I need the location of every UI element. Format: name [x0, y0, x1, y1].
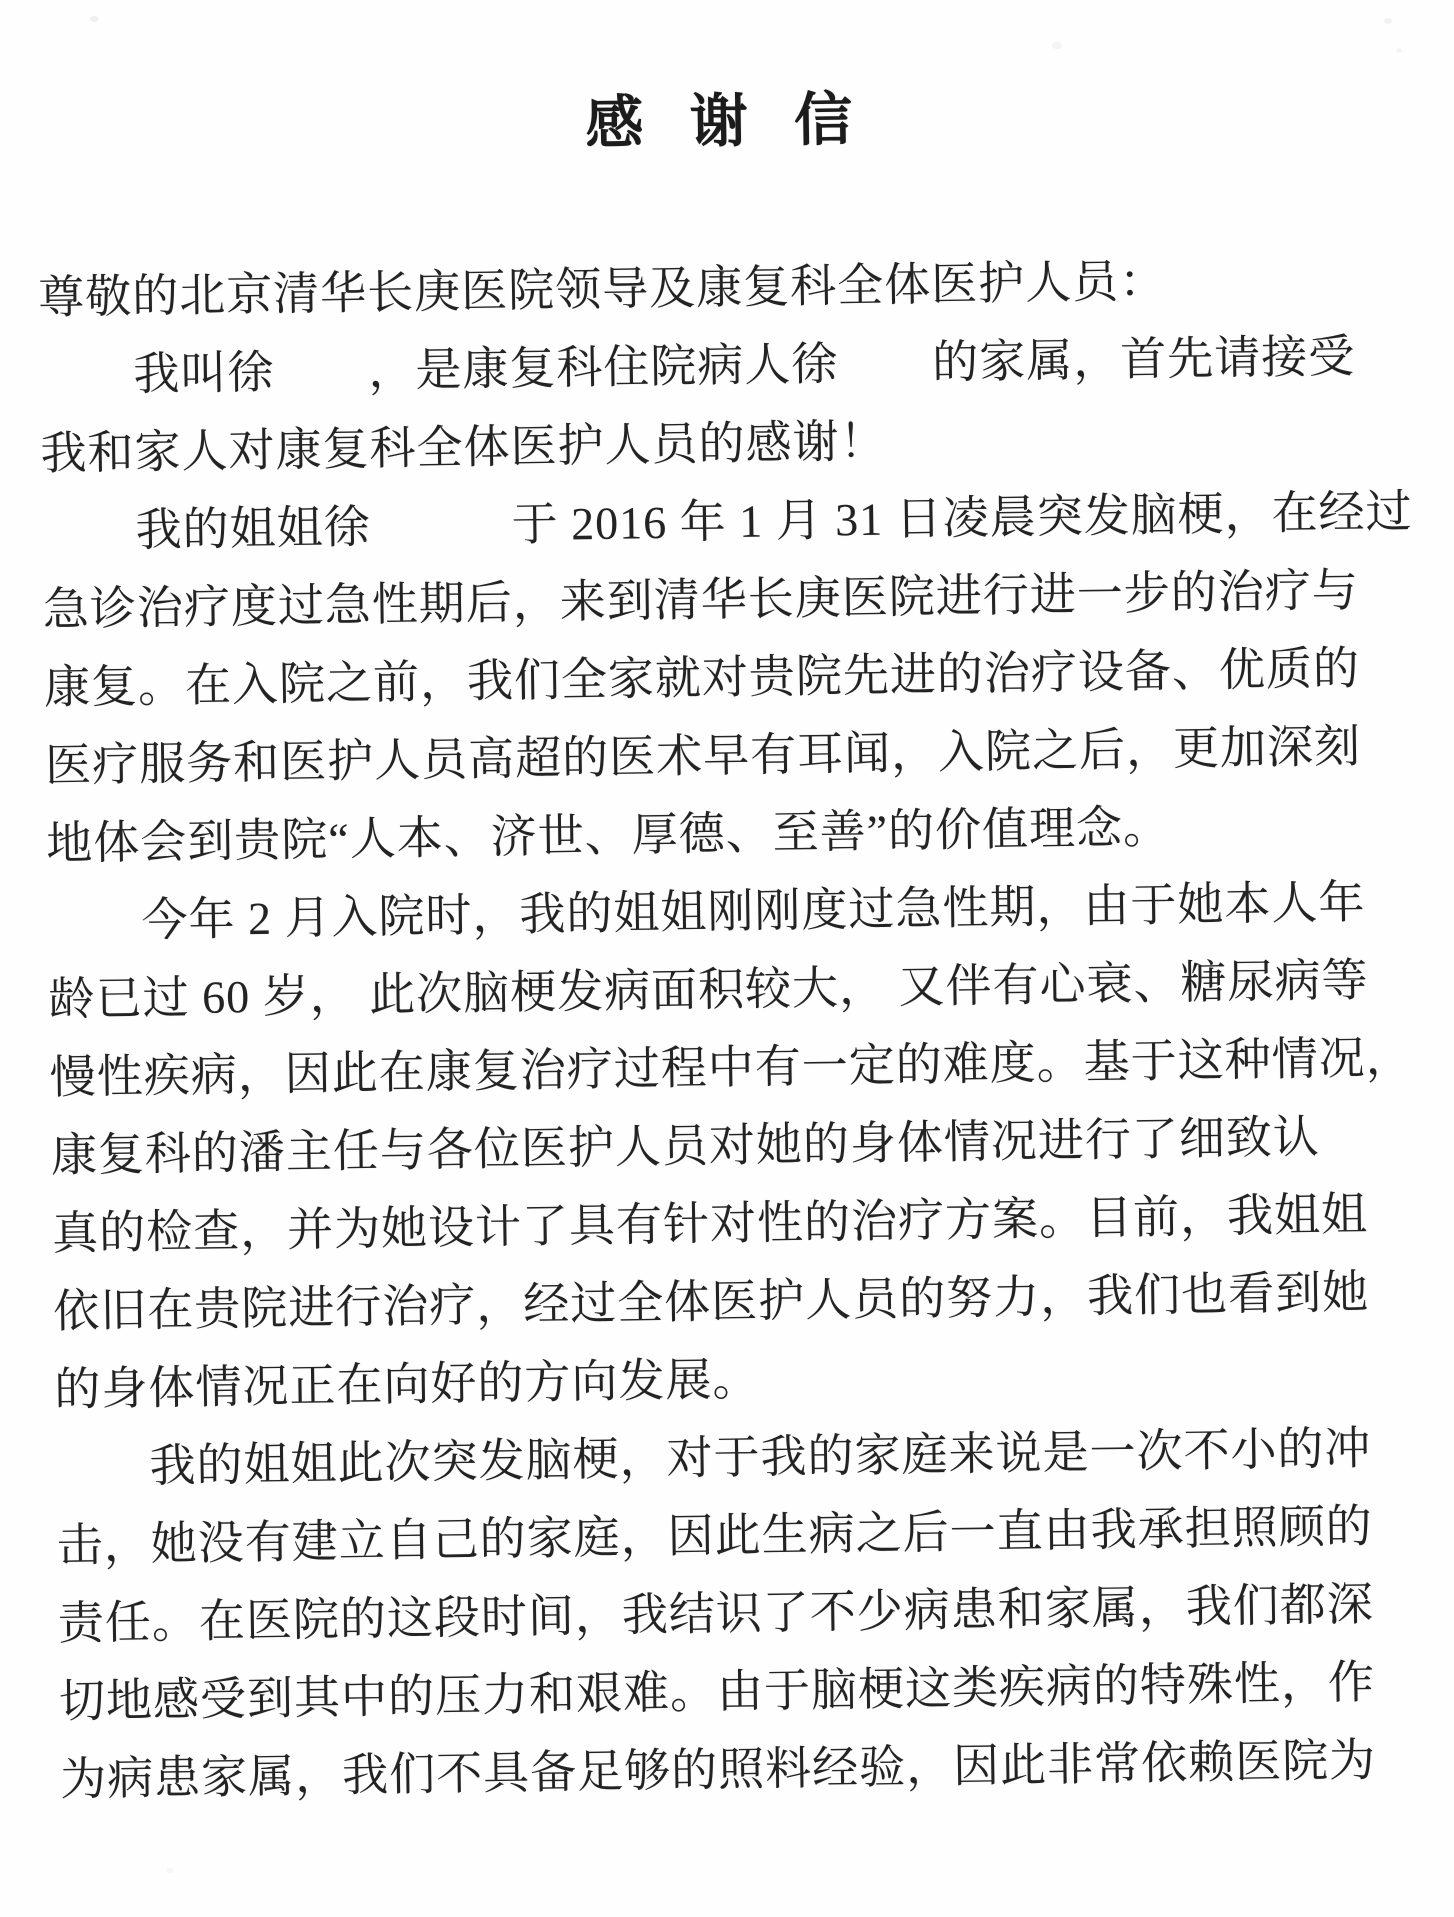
letter-body: 尊敬的北京清华长庚医院领导及康复科全体医护人员： 我叫徐 ，是康复科住院病人徐 … [38, 239, 1427, 1819]
scan-speck [1396, 48, 1402, 53]
letter-content: 感谢信 尊敬的北京清华长庚医院领导及康复科全体医护人员： 我叫徐 ，是康复科住院… [35, 83, 1426, 1819]
scan-speck [1384, 18, 1392, 24]
scan-speck [166, 1868, 173, 1873]
scan-speck [1052, 42, 1062, 49]
letter-title: 感谢信 [35, 83, 1402, 161]
letter-page: 感谢信 尊敬的北京清华长庚医院领导及康复科全体医护人员： 我叫徐 ，是康复科住院… [0, 0, 1454, 1917]
scan-speck [90, 16, 99, 22]
